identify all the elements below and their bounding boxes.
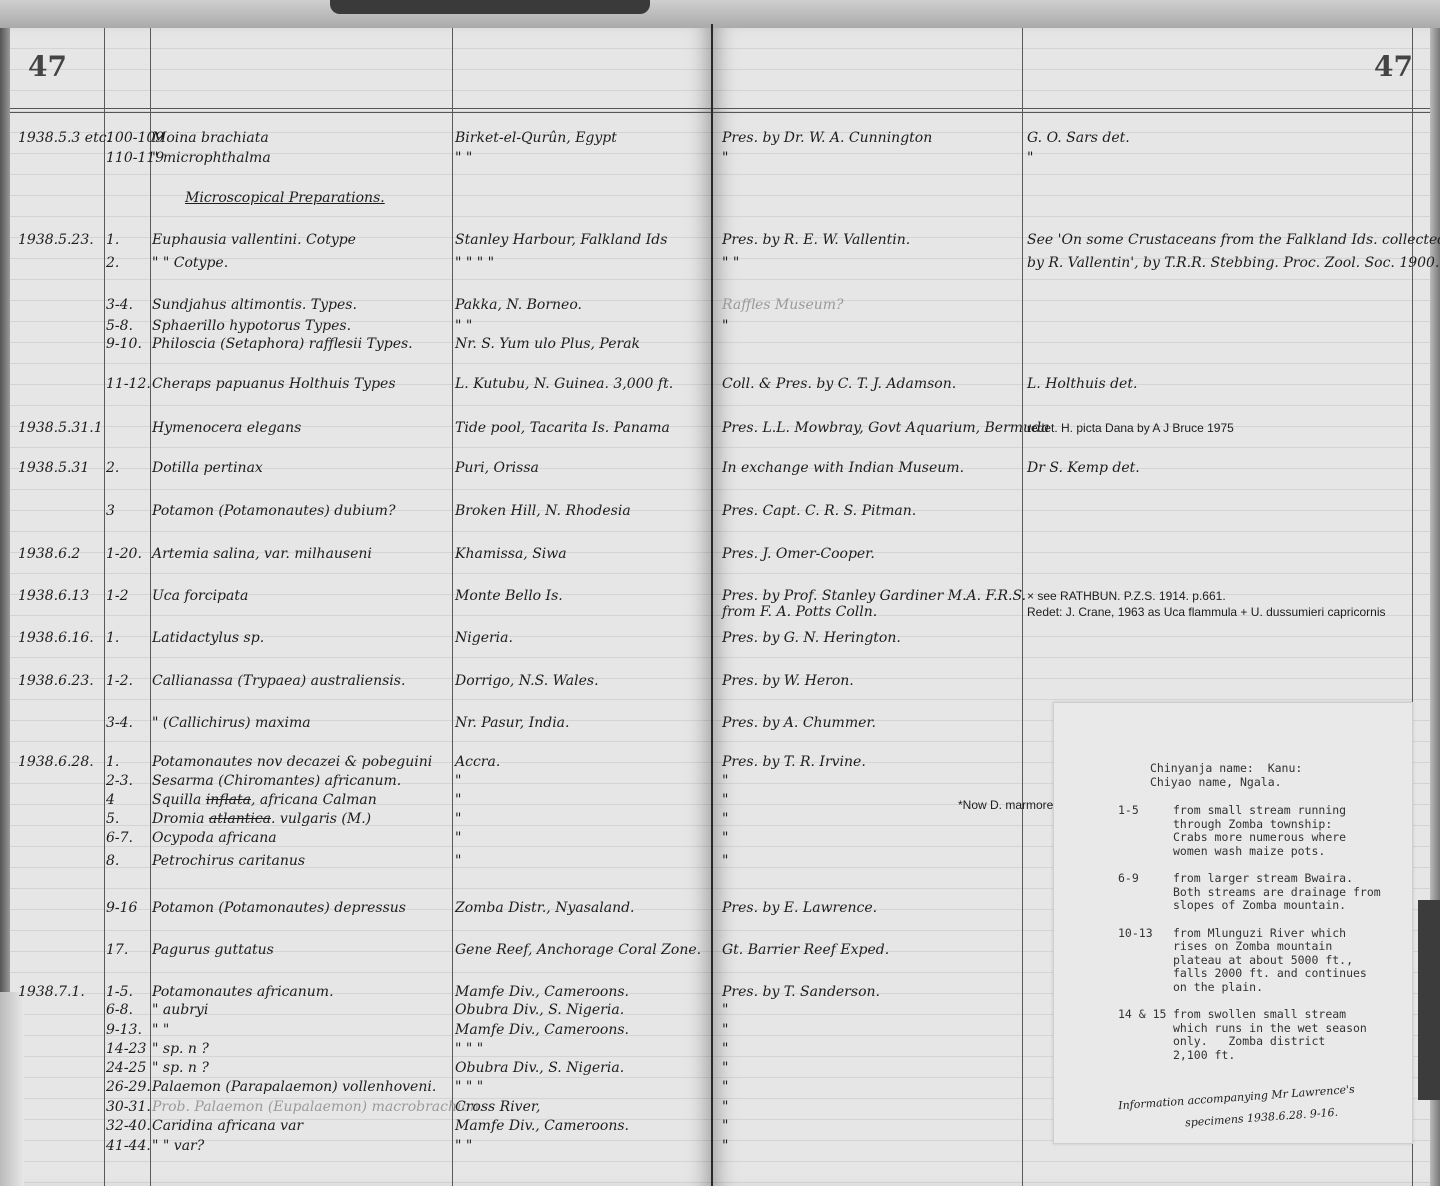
- entry-numbers: 1.: [106, 232, 119, 248]
- entry-source: ": [722, 1060, 728, 1076]
- note-item-numbers: 10-13: [1118, 927, 1153, 941]
- entry-numbers: 26-29.: [106, 1079, 151, 1095]
- entry-locality: Tide pool, Tacarita Is. Panama: [455, 420, 670, 436]
- entry-species-name: Uca forcipata: [152, 588, 248, 604]
- entry-locality: L. Kutubu, N. Guinea. 3,000 ft.: [455, 376, 673, 392]
- entry-remarks: G. O. Sars det.: [1027, 130, 1130, 146]
- entry-species-name: Cheraps papuanus Holthuis Types: [152, 376, 396, 392]
- entry-locality: Stanley Harbour, Falkland Ids: [455, 232, 667, 248]
- note-item-text: Crabs more numerous where: [1173, 831, 1346, 845]
- entry-locality: Dorrigo, N.S. Wales.: [455, 673, 599, 689]
- entry-source: Pres. by T. Sanderson.: [722, 984, 880, 1000]
- entry-source: ": [722, 1022, 728, 1038]
- entry-remarks: by R. Vallentin', by T.R.R. Stebbing. Pr…: [1027, 255, 1439, 271]
- entry-remarks: L. Holthuis det.: [1027, 376, 1137, 392]
- entry-locality: " " ": [455, 1079, 483, 1095]
- entry-source: " ": [722, 255, 739, 271]
- entry-source: Gt. Barrier Reef Exped.: [722, 942, 889, 958]
- entry-numbers: 11-12.: [106, 376, 151, 392]
- note-item-text: from Mlunguzi River which: [1173, 927, 1346, 941]
- entry-numbers: 6-7.: [106, 830, 133, 846]
- entry-species-name: " aubryi: [152, 1002, 208, 1018]
- entry-locality: " " " ": [455, 255, 494, 271]
- entry-locality: ": [455, 853, 461, 869]
- left-page-number: 47: [28, 50, 67, 83]
- dark-tab: [1418, 900, 1440, 1100]
- note-item-text: which runs in the wet season: [1173, 1022, 1367, 1036]
- column-divider-source: [1022, 28, 1023, 1186]
- entry-numbers: 8.: [106, 853, 119, 869]
- note-item-text: through Zomba township:: [1173, 818, 1332, 832]
- entry-species-name: Moina brachiata: [152, 130, 269, 146]
- column-divider-name: [452, 28, 453, 1186]
- entry-remarks: × see RATHBUN. P.Z.S. 1914. p.661.: [1027, 588, 1226, 604]
- entry-species-name: Palaemon (Parapalaemon) vollenhoveni.: [152, 1079, 436, 1095]
- entry-species-name: " " Cotype.: [152, 255, 228, 271]
- entry-source: Pres. by Dr. W. A. Cunnington: [722, 130, 932, 146]
- entry-remarks: Dr S. Kemp det.: [1027, 460, 1140, 476]
- entry-species-name: Dromia atlantica. vulgaris (M.): [152, 811, 371, 827]
- entry-numbers: 1-2.: [106, 673, 133, 689]
- entry-locality: Nigeria.: [455, 630, 513, 646]
- note-item-text: Both streams are drainage from: [1173, 886, 1381, 900]
- entry-species-name: Potamon (Potamonautes) dubium?: [152, 503, 395, 519]
- entry-species-name: Artemia salina, var. milhauseni: [152, 546, 372, 562]
- entry-locality: Mamfe Div., Cameroons.: [455, 1022, 629, 1038]
- entry-species-name: Sphaerillo hypotorus Types.: [152, 318, 351, 334]
- note-item-numbers: 1-5: [1118, 804, 1139, 818]
- entry-species-name: " sp. n ?: [152, 1041, 209, 1057]
- entry-source: ": [722, 773, 728, 789]
- entry-locality: Obubra Div., S. Nigeria.: [455, 1002, 624, 1018]
- entry-locality: Gene Reef, Anchorage Coral Zone.: [455, 942, 701, 958]
- entry-source: Pres. by W. Heron.: [722, 673, 854, 689]
- entry-species-name: Prob. Palaemon (Eupalaemon) macrobrachio…: [152, 1099, 483, 1115]
- entry-remarks: ": [1027, 150, 1033, 166]
- entry-species-name: " microphthalma: [152, 150, 271, 166]
- entry-species-name: Potamonautes africanum.: [152, 984, 334, 1000]
- entry-numbers: 3-4.: [106, 297, 133, 313]
- entry-locality: Nr. S. Yum ulo Plus, Perak: [455, 336, 640, 352]
- entry-source: Raffles Museum?: [722, 297, 844, 313]
- entry-locality: Khamissa, Siwa: [455, 546, 567, 562]
- note-item-text: from larger stream Bwaira.: [1173, 872, 1353, 886]
- entry-numbers: 9-10.: [106, 336, 142, 352]
- entry-source: ": [722, 811, 728, 827]
- note-item-text: 2,100 ft.: [1173, 1049, 1235, 1063]
- entry-remarks: redet. H. picta Dana by A J Bruce 1975: [1027, 420, 1234, 436]
- entry-source: ": [722, 1138, 728, 1154]
- entry-numbers: 9-13.: [106, 1022, 142, 1038]
- entry-date: 1938.6.16.: [18, 630, 94, 646]
- entry-source: Pres. by A. Chummer.: [722, 715, 876, 731]
- entry-numbers: 1.: [106, 630, 119, 646]
- entry-source: ": [722, 792, 728, 808]
- entry-numbers: 32-40.: [106, 1118, 151, 1134]
- note-item-numbers: 6-9: [1118, 872, 1139, 886]
- entry-numbers: 3-4.: [106, 715, 133, 731]
- entry-numbers: 41-44.: [106, 1138, 151, 1154]
- column-divider-date: [104, 28, 105, 1186]
- entry-species-name: Potamon (Potamonautes) depressus: [152, 900, 406, 916]
- entry-source: ": [722, 150, 728, 166]
- entry-locality: Puri, Orissa: [455, 460, 539, 476]
- entry-species-name: Ocypoda africana: [152, 830, 277, 846]
- entry-date: 1938.6.13: [18, 588, 89, 604]
- entry-numbers: 30-31.: [106, 1099, 151, 1115]
- entry-date: 1938.5.23.: [18, 232, 94, 248]
- entry-locality: ": [455, 773, 461, 789]
- entry-source: ": [722, 1099, 728, 1115]
- entry-species-name: Hymenocera elegans: [152, 420, 301, 436]
- entry-species-name: Squilla inflata, africana Calman: [152, 792, 377, 808]
- entry-species-name: Philoscia (Setaphora) rafflesii Types.: [152, 336, 413, 352]
- right-page-number: 47: [1374, 50, 1413, 83]
- entry-locality: Pakka, N. Borneo.: [455, 297, 582, 313]
- entry-locality: " ": [455, 318, 472, 334]
- entry-source: ": [722, 1041, 728, 1057]
- entry-locality: " ": [455, 1138, 472, 1154]
- vernacular-name: Chiyao name, Ngala.: [1150, 776, 1282, 790]
- header-rule: [10, 108, 712, 113]
- entry-numbers: 2.: [106, 460, 119, 476]
- entry-source: Pres. by R. E. W. Vallentin.: [722, 232, 910, 248]
- entry-locality: Cross River,: [455, 1099, 540, 1115]
- entry-locality: Mamfe Div., Cameroons.: [455, 984, 629, 1000]
- header-rule: [712, 108, 1430, 113]
- entry-species-name: " ": [152, 1022, 169, 1038]
- entry-numbers: 3: [106, 503, 115, 519]
- entry-source: Pres. by G. N. Herington.: [722, 630, 901, 646]
- entry-numbers: 2.: [106, 255, 119, 271]
- entry-numbers: 17.: [106, 942, 128, 958]
- entry-locality: Zomba Distr., Nyasaland.: [455, 900, 635, 916]
- entry-numbers: 1-2: [106, 588, 129, 604]
- entry-source: Pres. by E. Lawrence.: [722, 900, 877, 916]
- column-divider-number: [150, 28, 151, 1186]
- entry-numbers: 9-16: [106, 900, 137, 916]
- entry-species-name: " (Callichirus) maxima: [152, 715, 311, 731]
- entry-species-name: " sp. n ?: [152, 1060, 209, 1076]
- crossed-out-heading: Microscopical Preparations.: [185, 190, 385, 206]
- bookmark-card: [0, 992, 24, 1186]
- entry-remarks: Redet: J. Crane, 1963 as Uca flammula + …: [1027, 604, 1385, 620]
- entry-locality: Broken Hill, N. Rhodesia: [455, 503, 631, 519]
- entry-date: 1938.6.2: [18, 546, 80, 562]
- entry-date: 1938.6.23.: [18, 673, 94, 689]
- entry-numbers: 5-8.: [106, 318, 133, 334]
- entry-species-name: Petrochirus caritanus: [152, 853, 305, 869]
- entry-date: 1938.6.28.: [18, 754, 94, 770]
- entry-locality: " " ": [455, 1041, 483, 1057]
- entry-numbers: 1-20.: [106, 546, 142, 562]
- entry-locality: Obubra Div., S. Nigeria.: [455, 1060, 624, 1076]
- note-item-text: only. Zomba district: [1173, 1035, 1325, 1049]
- entry-locality: Monte Bello Is.: [455, 588, 563, 604]
- entry-locality: " ": [455, 150, 472, 166]
- entry-source: ": [722, 853, 728, 869]
- entry-species-name: Pagurus guttatus: [152, 942, 274, 958]
- entry-source: Pres. by Prof. Stanley Gardiner M.A. F.R…: [722, 588, 1026, 604]
- note-item-text: from swollen small stream: [1173, 1008, 1346, 1022]
- entry-date: 1938.5.31.1: [18, 420, 103, 436]
- entry-source: Coll. & Pres. by C. T. J. Adamson.: [722, 376, 956, 392]
- entry-species-name: " " var?: [152, 1138, 204, 1154]
- entry-species-name: Potamonautes nov decazei & pobeguini: [152, 754, 432, 770]
- note-item-text: from small stream running: [1173, 804, 1346, 818]
- entry-remarks: See 'On some Crustaceans from the Falkla…: [1027, 232, 1440, 248]
- entry-locality: Mamfe Div., Cameroons.: [455, 1118, 629, 1134]
- note-item-text: falls 2000 ft. and continues: [1173, 967, 1367, 981]
- entry-source: Pres. L.L. Mowbray, Govt Aquarium, Bermu…: [722, 420, 1049, 436]
- entry-source: ": [722, 1002, 728, 1018]
- entry-species-name: Caridina africana var: [152, 1118, 303, 1134]
- entry-locality: ": [455, 811, 461, 827]
- vernacular-name: Chinyanja name: Kanu:: [1150, 762, 1302, 776]
- entry-numbers: 1-5.: [106, 984, 133, 1000]
- entry-date: 1938.7.1.: [18, 984, 85, 1000]
- entry-locality: ": [455, 830, 461, 846]
- note-item-text: on the plain.: [1173, 981, 1263, 995]
- entry-species-name: Sundjahus altimontis. Types.: [152, 297, 357, 313]
- entry-numbers: 24-25: [106, 1060, 146, 1076]
- entry-locality: ": [455, 792, 461, 808]
- entry-locality: Nr. Pasur, India.: [455, 715, 569, 731]
- entry-numbers: 14-23: [106, 1041, 146, 1057]
- note-item-text: women wash maize pots.: [1173, 845, 1325, 859]
- entry-species-name: Sesarma (Chiromantes) africanum.: [152, 773, 401, 789]
- entry-species-name: Callianassa (Trypaea) australiensis.: [152, 673, 405, 689]
- entry-numbers: 1.: [106, 754, 119, 770]
- note-item-text: rises on Zomba mountain: [1173, 940, 1332, 954]
- entry-source: Pres. J. Omer-Cooper.: [722, 546, 875, 562]
- book-spine: [711, 24, 713, 1186]
- entry-source: ": [722, 1118, 728, 1134]
- entry-source: Pres. by T. R. Irvine.: [722, 754, 866, 770]
- entry-numbers: 4: [106, 792, 115, 808]
- entry-locality: Accra.: [455, 754, 500, 770]
- entry-locality: Birket-el-Qurûn, Egypt: [455, 130, 617, 146]
- entry-numbers: 6-8.: [106, 1002, 133, 1018]
- entry-species-name: Dotilla pertinax: [152, 460, 263, 476]
- entry-date: 1938.5.31: [18, 460, 89, 476]
- entry-date: 1938.5.3 etc.: [18, 130, 111, 146]
- entry-source: ": [722, 830, 728, 846]
- entry-source: In exchange with Indian Museum.: [722, 460, 964, 476]
- note-item-numbers: 14 & 15: [1118, 1008, 1166, 1022]
- entry-source: ": [722, 318, 728, 334]
- entry-numbers: 2-3.: [106, 773, 133, 789]
- entry-species-name: Euphausia vallentini. Cotype: [152, 232, 356, 248]
- note-item-text: plateau at about 5000 ft.,: [1173, 954, 1353, 968]
- entry-source: Pres. Capt. C. R. S. Pitman.: [722, 503, 916, 519]
- entry-species-name: Latidactylus sp.: [152, 630, 264, 646]
- binder-clip: [330, 0, 650, 14]
- entry-source: from F. A. Potts Colln.: [722, 604, 877, 620]
- entry-numbers: 5.: [106, 811, 119, 827]
- note-item-text: slopes of Zomba mountain.: [1173, 899, 1346, 913]
- entry-source: ": [722, 1079, 728, 1095]
